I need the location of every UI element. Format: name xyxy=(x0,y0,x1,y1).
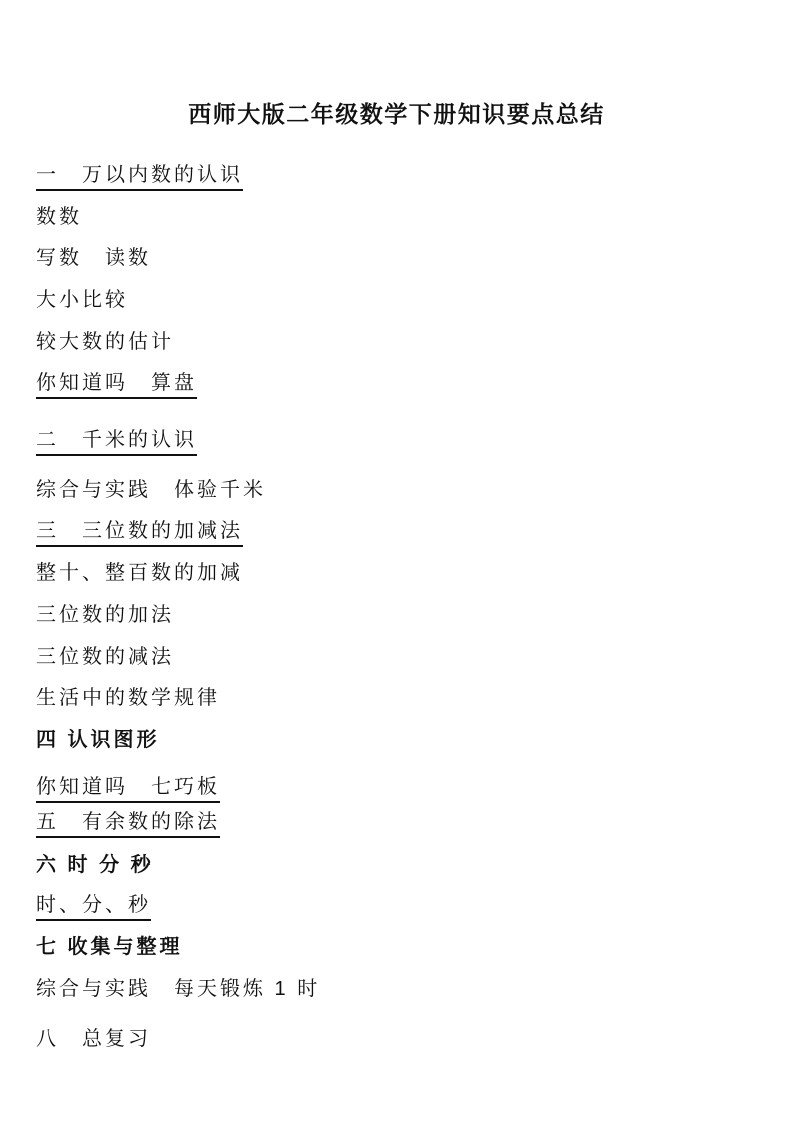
toc-line-text: 综合与实践 体验千米 xyxy=(36,479,266,502)
toc-line-unit6-heading: 六 时 分 秒 xyxy=(36,854,154,877)
toc-line-text: 二 千米的认识 xyxy=(36,429,197,456)
toc-line-text: 数数 xyxy=(36,206,82,229)
toc-line-unit5-heading: 五 有余数的除法 xyxy=(36,811,220,838)
toc-line-text: 六 时 分 秒 xyxy=(36,854,154,877)
toc-line-exercise-one-hour: 综合与实践 每天锻炼 1 时 xyxy=(36,978,320,1001)
toc-line-text: 五 有余数的除法 xyxy=(36,811,220,838)
toc-line-tangram: 你知道吗 七巧板 xyxy=(36,776,220,803)
toc-line-text: 大小比较 xyxy=(36,289,128,312)
toc-line-text: 七 收集与整理 xyxy=(36,936,183,959)
toc-line-experience-kilometer: 综合与实践 体验千米 xyxy=(36,479,266,502)
toc-line-hour-minute-second: 时、分、秒 xyxy=(36,894,151,921)
toc-line-text: 八 总复习 xyxy=(36,1028,151,1051)
toc-line-text: 一 万以内数的认识 xyxy=(36,164,243,191)
toc-line-write-read-numbers: 写数 读数 xyxy=(36,247,151,270)
toc-line-text: 三位数的加法 xyxy=(36,604,174,627)
toc-line-tens-hundreds-addsub: 整十、整百数的加减 xyxy=(36,562,243,585)
toc-line-estimate-large-numbers: 较大数的估计 xyxy=(36,331,174,354)
toc-line-compare-size: 大小比较 xyxy=(36,289,128,312)
toc-line-three-digit-subtraction: 三位数的减法 xyxy=(36,646,174,669)
toc-line-counting: 数数 xyxy=(36,206,82,229)
toc-line-text: 综合与实践 每天锻炼 1 时 xyxy=(36,978,320,1001)
toc-line-text: 三 三位数的加减法 xyxy=(36,520,243,547)
toc-line-text: 你知道吗 算盘 xyxy=(36,372,197,399)
toc-line-text: 四 认识图形 xyxy=(36,729,160,752)
toc-line-unit4-heading: 四 认识图形 xyxy=(36,729,160,752)
toc-line-unit3-heading: 三 三位数的加减法 xyxy=(36,520,243,547)
document-page: 西师大版二年级数学下册知识要点总结 一 万以内数的认识 数数 写数 读数 大小比… xyxy=(0,0,793,1122)
toc-line-text: 生活中的数学规律 xyxy=(36,687,220,710)
toc-line-unit7-heading: 七 收集与整理 xyxy=(36,936,183,959)
toc-line-unit2-heading: 二 千米的认识 xyxy=(36,429,197,456)
toc-line-three-digit-addition: 三位数的加法 xyxy=(36,604,174,627)
toc-line-text: 写数 读数 xyxy=(36,247,151,270)
toc-line-unit1-heading: 一 万以内数的认识 xyxy=(36,164,243,191)
toc-line-abacus: 你知道吗 算盘 xyxy=(36,372,197,399)
toc-line-unit8-heading: 八 总复习 xyxy=(36,1028,151,1051)
toc-line-text: 较大数的估计 xyxy=(36,331,174,354)
toc-line-text: 你知道吗 七巧板 xyxy=(36,776,220,803)
toc-line-math-patterns-in-life: 生活中的数学规律 xyxy=(36,687,220,710)
toc-line-text: 整十、整百数的加减 xyxy=(36,562,243,585)
toc-line-text: 时、分、秒 xyxy=(36,894,151,921)
document-title: 西师大版二年级数学下册知识要点总结 xyxy=(0,101,793,129)
toc-line-text: 三位数的减法 xyxy=(36,646,174,669)
